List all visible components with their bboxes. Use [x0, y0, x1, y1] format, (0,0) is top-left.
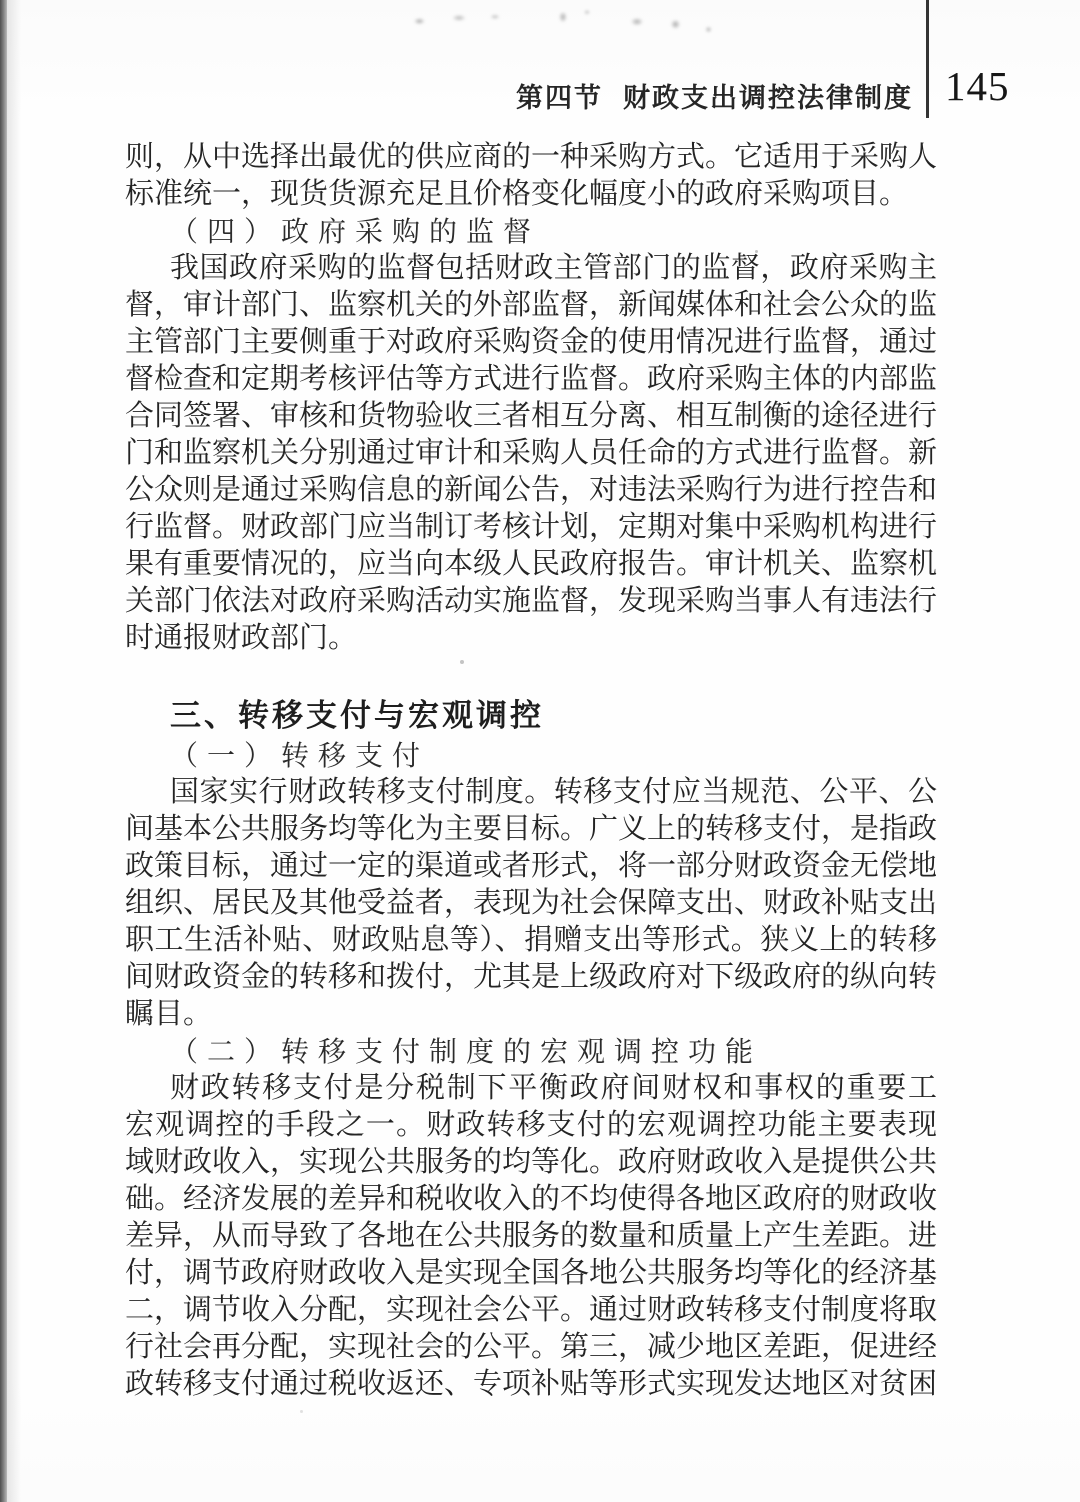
scanner-edge-strip — [0, 0, 7, 1502]
body-text-line: 门和监察机关分别通过审计和采购人员任命的方式进行监督。新闻媒体和社会 — [125, 435, 937, 472]
subsection-heading: （二）转移支付制度的宏观调控功能 — [125, 1033, 937, 1070]
page-number: 145 — [945, 62, 1010, 110]
body-text-line: 政转移支付通过税收返还、专项补贴等形式实现发达地区对贫困地区的扶持，减 — [125, 1366, 937, 1403]
body-text-line: 二，调节收入分配，实现社会公平。通过财政转移支付制度将取得的税收收入进 — [125, 1292, 937, 1329]
subsection-heading: （四）政府采购的监督 — [125, 213, 937, 250]
body-content: 则，从中选择出最优的供应商的一种采购方式。它适用于采购人采购的货物规格、标准统一… — [125, 139, 937, 1403]
body-text-line: 果有重要情况的，应当向本级人民政府报告。审计机关、监察机关以及其他有 — [125, 546, 937, 583]
body-text-line: 则，从中选择出最优的供应商的一种采购方式。它适用于采购人采购的货物规格、 — [125, 139, 937, 176]
body-text-line: 组织、居民及其他受益者，表现为社会保障支出、财政补贴支出（如价格补贴、 — [125, 885, 937, 922]
body-text-line: 础。经济发展的差异和税收收入的不均使得各地区政府的财政收入呈现出较大的 — [125, 1181, 937, 1218]
body-text-line: 差异，从而导致了各地在公共服务的数量和质量上产生差距。进行财政转移支 — [125, 1218, 937, 1255]
body-text-line: 付，调节政府财政收入是实现全国各地公共服务均等化的经济基础和前提。第 — [125, 1255, 937, 1292]
body-text-line: 合同签署、审核和货物验收三者相互分离、相互制衡的途径进行监督。审计部 — [125, 398, 937, 435]
body-text-line: 职工生活补贴、财政贴息等）、捐赠支出等形式。狭义上的转移支付，是指政府之 — [125, 922, 937, 959]
body-text-line: 公众则是通过采购信息的新闻公告，对违法采购行为进行控告和检举等途径进 — [125, 472, 937, 509]
body-text-line: 时通报财政部门。 — [125, 620, 937, 657]
header-divider-rule — [926, 0, 929, 118]
body-text-line: 关部门依法对政府采购活动实施监督，发现采购当事人有违法行为的，应当及 — [125, 583, 937, 620]
scan-speck — [300, 1410, 303, 1413]
body-text-line: 瞩目。 — [125, 996, 937, 1033]
body-text-line: 主管部门主要侧重于对政府采购资金的使用情况进行监督，通过接受投诉，监 — [125, 324, 937, 361]
body-text-line: 行监督。财政部门应当制订考核计划，定期对集中采购机构进行考核，考核结 — [125, 509, 937, 546]
body-text-line: 标准统一，现货货源充足且价格变化幅度小的政府采购项目。 — [125, 176, 937, 213]
body-text-line: 政策目标，通过一定的渠道或者形式，将一部分财政资金无偿地转移给社会经济 — [125, 848, 937, 885]
scan-smudge — [615, 10, 725, 36]
body-text-line: 宏观调控的手段之一。财政转移支付的宏观调控功能主要表现在：第一，平衡区 — [125, 1107, 937, 1144]
section-heading: 三、转移支付与宏观调控 — [125, 696, 937, 736]
body-text-line: 域财政收入，实现公共服务的均等化。政府财政收入是提供公共服务的经济基 — [125, 1144, 937, 1181]
body-text-line: 我国政府采购的监督包括财政主管部门的监督，政府采购主体的内部监 — [125, 250, 937, 287]
scanned-book-page: 第四节财政支出调控法律制度 145 则，从中选择出最优的供应商的一种采购方式。它… — [0, 0, 1080, 1502]
scan-smudge — [545, 5, 605, 29]
subsection-heading: （一）转移支付 — [125, 737, 937, 774]
body-text-line: 财政转移支付是分税制下平衡政府间财权和事权的重要工具，同时也是国家 — [125, 1070, 937, 1107]
body-text-line: 行社会再分配，实现社会的公平。第三，减少地区差距，促进经济均衡发展。财 — [125, 1329, 937, 1366]
header-section-title: 财政支出调控法律制度 — [623, 83, 913, 113]
header-section-label: 第四节 — [516, 83, 603, 113]
body-text-line: 督检查和定期考核评估等方式进行监督。政府采购主体的内部监督，主要通过 — [125, 361, 937, 398]
body-text-line: 间基本公共服务均等化为主要目标。广义上的转移支付，是指政府为实现特定的 — [125, 811, 937, 848]
body-text-line: 督，审计部门、监察机关的外部监督，新闻媒体和社会公众的监督。其中财政 — [125, 287, 937, 324]
scan-smudge — [405, 8, 525, 30]
scanner-edge-shadow — [7, 0, 21, 1502]
body-text-line: 间财政资金的转移和拨付，尤其是上级政府对下级政府的纵向转移支付，更受 — [125, 959, 937, 996]
running-header: 第四节财政支出调控法律制度 — [516, 76, 913, 115]
body-text-line: 国家实行财政转移支付制度。转移支付应当规范、公平、公开，以推进地区 — [125, 774, 937, 811]
